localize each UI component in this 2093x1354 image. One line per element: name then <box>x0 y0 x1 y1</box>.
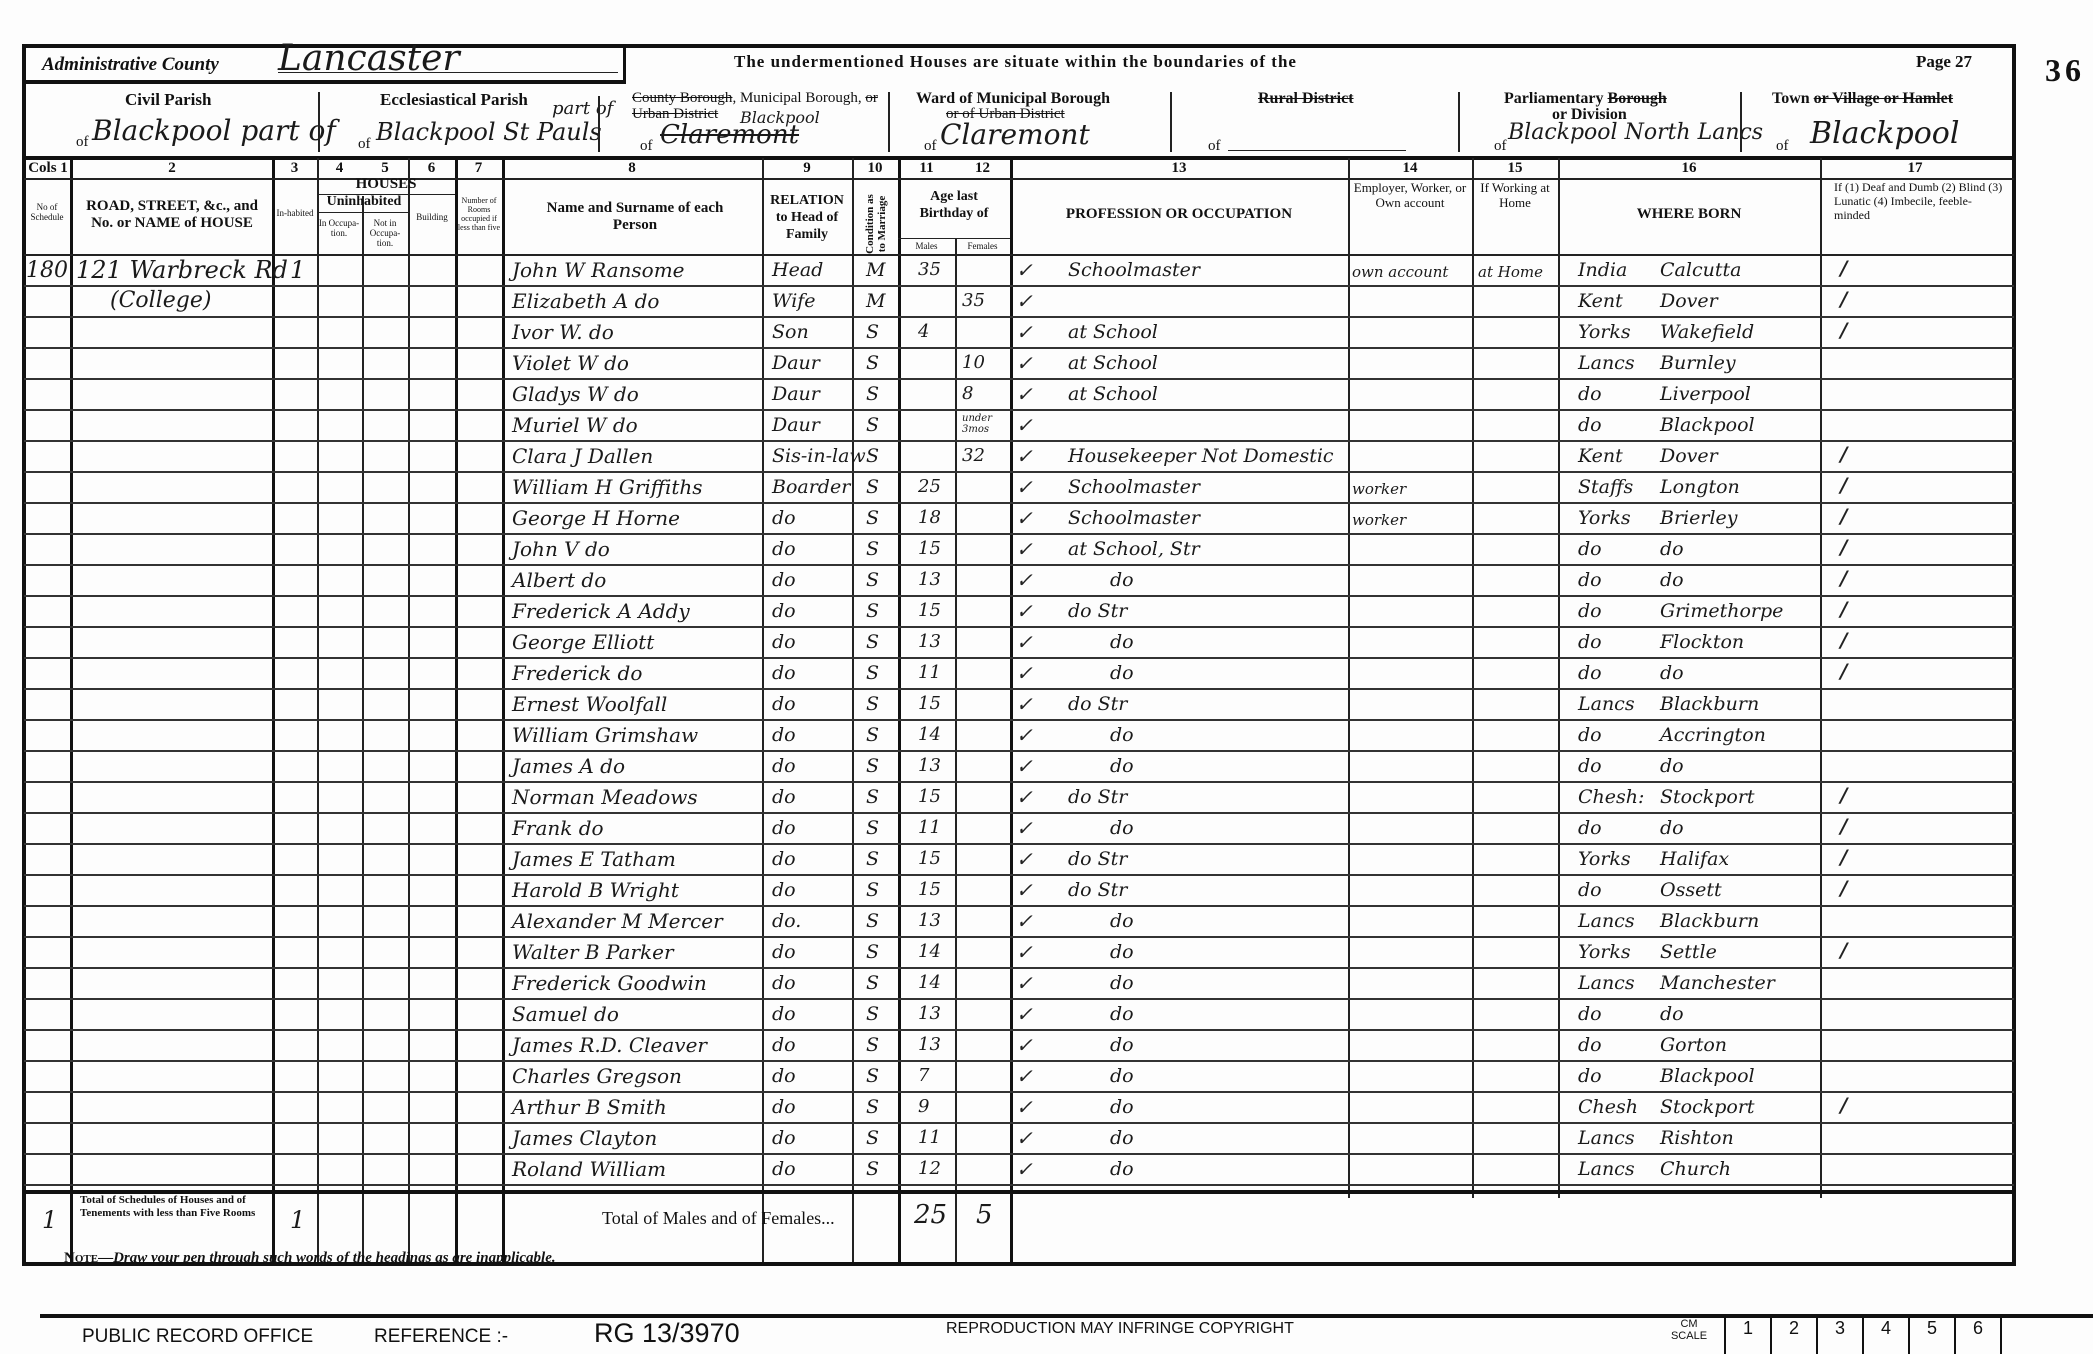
col-line <box>1558 158 1560 1198</box>
born-place: Halifax <box>1660 847 1729 871</box>
born-place: do <box>1660 1002 1684 1026</box>
employment-status: own account <box>1352 260 1448 284</box>
header-occupation: PROFESSION OR OCCUPATION <box>1012 206 1346 223</box>
col-number-6: 6 <box>408 160 455 177</box>
cm-scale-end <box>2000 1314 2042 1354</box>
header-where-born: WHERE BORN <box>1560 206 1818 223</box>
relation-to-head: do <box>772 1064 796 1088</box>
infirmity-mark: / <box>1840 845 1847 869</box>
note-prefix: Note— <box>64 1250 113 1266</box>
rural-district-of: of <box>1208 138 1221 155</box>
person-name: Harold B Wright <box>512 878 679 902</box>
header-houses: HOUSES <box>317 176 455 193</box>
row-rule <box>24 285 2014 287</box>
relation-to-head: do. <box>772 909 801 933</box>
born-place: do <box>1660 816 1684 840</box>
occupation: do <box>1110 940 1134 964</box>
occupation: do <box>1110 1095 1134 1119</box>
page-label-text: Page <box>1916 52 1951 71</box>
born-place: Brierley <box>1660 506 1738 530</box>
male-age: 12 <box>918 1157 941 1181</box>
col-number-4: 4 <box>317 160 362 177</box>
row-rule <box>24 998 2014 1000</box>
born-place: Dover <box>1660 289 1718 313</box>
schedule-inhabited: 1 <box>290 256 305 284</box>
born-county: do <box>1578 1064 1602 1088</box>
footer-reference-value: RG 13/3970 <box>594 1318 740 1349</box>
row-rule <box>24 967 2014 969</box>
marital-condition: S <box>866 1002 879 1026</box>
person-name: James Clayton <box>512 1126 657 1150</box>
marital-condition: S <box>866 971 879 995</box>
relation-to-head: do <box>772 785 796 809</box>
check-mark: ✓ <box>1016 971 1033 995</box>
born-county: Yorks <box>1578 847 1631 871</box>
female-age: 10 <box>962 351 1006 375</box>
marital-condition: M <box>866 289 885 313</box>
col-line <box>852 158 854 1262</box>
ecclesiastical-parish-value: Blackpool St Pauls <box>376 118 602 146</box>
marital-condition: S <box>866 568 879 592</box>
municipal-borough-value: Blackpool <box>740 108 820 127</box>
working-at-home: at Home <box>1478 260 1543 284</box>
born-county: Yorks <box>1578 940 1631 964</box>
relation-to-head: Sis-in-law <box>772 444 866 468</box>
occupation: at School <box>1068 320 1158 344</box>
row-rule <box>24 781 2014 783</box>
row-rule <box>24 409 2014 411</box>
col-number-1: Cols 1 <box>26 160 70 177</box>
header-rooms: Number of Rooms occupied if less than fi… <box>457 196 501 232</box>
male-age: 7 <box>918 1064 929 1088</box>
born-county: do <box>1578 878 1602 902</box>
col-line <box>317 158 319 1262</box>
born-county: Lancs <box>1578 692 1635 716</box>
born-place: Accrington <box>1660 723 1766 747</box>
person-name: Violet W do <box>512 351 629 375</box>
col-number-7: 7 <box>455 160 502 177</box>
check-mark: ✓ <box>1016 413 1033 437</box>
marital-condition: S <box>866 444 879 468</box>
infirmity-mark: / <box>1840 504 1847 528</box>
relation-to-head: do <box>772 1157 796 1181</box>
row-rule <box>24 626 2014 628</box>
male-age: 18 <box>918 506 941 530</box>
male-age: 11 <box>918 661 941 685</box>
folio-number: 36 <box>2045 52 2085 89</box>
born-place: Grimethorpe <box>1660 599 1783 623</box>
col-line <box>70 158 73 1262</box>
person-name: Arthur B Smith <box>512 1095 667 1119</box>
check-mark: ✓ <box>1016 258 1033 282</box>
col-number-9: 9 <box>762 160 852 177</box>
col-line <box>898 158 901 1262</box>
female-age: 8 <box>962 382 1006 406</box>
row-rule <box>24 533 2014 535</box>
county-borough-struck: County Borough <box>632 90 732 106</box>
marital-condition: S <box>866 630 879 654</box>
cm-scale-mark: 5 <box>1908 1314 1954 1354</box>
ward-of: of <box>924 138 937 155</box>
born-place: Rishton <box>1660 1126 1734 1150</box>
col-number-2: 2 <box>72 160 272 177</box>
born-county: Lancs <box>1578 1126 1635 1150</box>
col-line <box>762 158 764 1262</box>
occupation: do Str <box>1068 599 1127 623</box>
marital-condition: S <box>866 1064 879 1088</box>
employment-status: worker <box>1352 477 1406 501</box>
admin-county-box-right <box>623 46 626 84</box>
marital-condition: S <box>866 599 879 623</box>
total-inhabited: 1 <box>290 1206 305 1234</box>
employment-status: worker <box>1352 508 1406 532</box>
parliamentary-value: Blackpool North Lancs <box>1508 120 1763 145</box>
born-county: India <box>1578 258 1627 282</box>
footer-reference-label: REFERENCE :- <box>374 1326 508 1348</box>
infirmity-mark: / <box>1840 535 1847 559</box>
relation-to-head: Head <box>772 258 823 282</box>
male-age: 11 <box>918 816 941 840</box>
divider <box>318 92 320 152</box>
check-mark: ✓ <box>1016 940 1033 964</box>
col-number-12: 12 <box>955 160 1010 177</box>
marital-condition: S <box>866 1157 879 1181</box>
municipal-borough-of: of <box>640 138 653 155</box>
row-rule <box>24 564 2014 566</box>
civil-parish-of: of <box>76 134 89 151</box>
town-text: Town <box>1772 90 1810 107</box>
born-place: Blackpool <box>1660 413 1755 437</box>
parliamentary-text: Parliamentary <box>1504 90 1604 107</box>
marital-condition: S <box>866 351 879 375</box>
page-label: Page27 <box>1916 52 1972 72</box>
footer-scale-label: CM SCALE <box>1664 1318 1714 1342</box>
relation-to-head: Boarder <box>772 475 850 499</box>
occupation: do <box>1110 1157 1134 1181</box>
town-label: Town or Village or Hamlet <box>1772 90 1953 108</box>
born-place: do <box>1660 661 1684 685</box>
male-age: 35 <box>918 258 941 282</box>
col-number-3: 3 <box>272 160 317 177</box>
infirmity-mark: / <box>1840 287 1847 311</box>
born-county: do <box>1578 816 1602 840</box>
marital-condition: S <box>866 754 879 778</box>
male-age: 15 <box>918 847 941 871</box>
person-name: Gladys W do <box>512 382 639 406</box>
relation-to-head: do <box>772 971 796 995</box>
relation-to-head: do <box>772 1033 796 1057</box>
male-age: 14 <box>918 971 941 995</box>
row-rule <box>24 1122 2014 1124</box>
marital-condition: S <box>866 1095 879 1119</box>
totals-divider <box>24 1190 2014 1194</box>
born-place: Blackburn <box>1660 692 1759 716</box>
col-number-14: 14 <box>1348 160 1472 177</box>
marital-condition: S <box>866 785 879 809</box>
civil-parish-label: Civil Parish <box>125 90 211 110</box>
occupation: do Str <box>1068 785 1127 809</box>
col-line <box>455 158 458 1262</box>
born-county: do <box>1578 661 1602 685</box>
infirmity-mark: / <box>1840 783 1847 807</box>
marital-condition: S <box>866 878 879 902</box>
marital-condition: S <box>866 475 879 499</box>
col-number-16: 16 <box>1558 160 1820 177</box>
check-mark: ✓ <box>1016 320 1033 344</box>
row-rule <box>24 1184 2014 1186</box>
cm-scale-mark: 1 <box>1724 1314 1770 1354</box>
relation-to-head: do <box>772 940 796 964</box>
person-name: John W Ransome <box>512 258 685 282</box>
male-age: 13 <box>918 909 941 933</box>
born-place: Church <box>1660 1157 1731 1181</box>
relation-to-head: do <box>772 568 796 592</box>
header-relation: RELATION to Head of Family <box>764 192 850 243</box>
born-place: Settle <box>1660 940 1717 964</box>
header-inhabited: In-habited <box>274 208 316 218</box>
marital-condition: S <box>866 816 879 840</box>
born-place: Gorton <box>1660 1033 1727 1057</box>
person-name: Elizabeth A do <box>512 289 659 313</box>
check-mark: ✓ <box>1016 785 1033 809</box>
born-place: Blackburn <box>1660 909 1759 933</box>
header-bottom-divider <box>24 254 2014 256</box>
col-number-13: 13 <box>1010 160 1348 177</box>
occupation: Schoolmaster <box>1068 258 1200 282</box>
col-line <box>1820 158 1822 1198</box>
rural-district-underline <box>1228 150 1406 151</box>
marital-condition: S <box>866 723 879 747</box>
occupation: at School <box>1068 382 1158 406</box>
infirmity-mark: / <box>1840 256 1847 280</box>
relation-to-head: Daur <box>772 351 820 375</box>
born-county: Kent <box>1578 444 1623 468</box>
schedule-address: 121 Warbreck Rd <box>76 256 288 284</box>
ecclesiastical-parish-of: of <box>358 136 371 153</box>
note-text: Draw your pen through such words of the … <box>113 1250 556 1266</box>
person-name: James E Tatham <box>512 847 676 871</box>
occupation: do <box>1110 568 1134 592</box>
person-name: Ivor W. do <box>512 320 614 344</box>
village-hamlet-struck: or Village or Hamlet <box>1814 90 1953 107</box>
header-schedule-no: No of Schedule <box>24 202 70 222</box>
person-name: William H Griffiths <box>512 475 703 499</box>
marital-condition: S <box>866 661 879 685</box>
relation-to-head: do <box>772 661 796 685</box>
marital-condition: S <box>866 413 879 437</box>
check-mark: ✓ <box>1016 816 1033 840</box>
col-line <box>408 158 410 1262</box>
occupation: do <box>1110 661 1134 685</box>
ecclesiastical-parish-label: Ecclesiastical Parish <box>380 90 528 110</box>
occupation: do Str <box>1068 878 1127 902</box>
marital-condition: S <box>866 940 879 964</box>
cm-scale-mark: 3 <box>1816 1314 1862 1354</box>
infirmity-mark: / <box>1840 938 1847 962</box>
occupation: do <box>1110 1033 1134 1057</box>
relation-to-head: Wife <box>772 289 816 313</box>
check-mark: ✓ <box>1016 723 1033 747</box>
person-name: Clara J Dallen <box>512 444 653 468</box>
occupation: Housekeeper Not Domestic <box>1068 444 1334 468</box>
born-place: Stockport <box>1660 1095 1755 1119</box>
row-rule <box>24 1153 2014 1155</box>
male-age: 15 <box>918 692 941 716</box>
occupation: do <box>1110 1126 1134 1150</box>
check-mark: ✓ <box>1016 909 1033 933</box>
occupation: do Str <box>1068 692 1127 716</box>
header-age: Age last Birthday of <box>904 188 1004 222</box>
male-age: 14 <box>918 723 941 747</box>
born-county: do <box>1578 413 1602 437</box>
born-county: Yorks <box>1578 320 1631 344</box>
schedule-number: 180 <box>26 258 68 283</box>
born-place: do <box>1660 754 1684 778</box>
infirmity-mark: / <box>1840 442 1847 466</box>
female-age: 32 <box>962 444 1006 468</box>
born-place: Longton <box>1660 475 1740 499</box>
check-mark: ✓ <box>1016 475 1033 499</box>
row-rule <box>24 905 2014 907</box>
check-mark: ✓ <box>1016 1064 1033 1088</box>
check-mark: ✓ <box>1016 754 1033 778</box>
born-county: do <box>1578 1002 1602 1026</box>
town-of: of <box>1776 138 1789 155</box>
row-rule <box>24 1060 2014 1062</box>
born-county: Chesh <box>1578 1095 1638 1119</box>
person-name: Frederick A Addy <box>512 599 690 623</box>
header-not-in-occupation: Not in Occupa-tion. <box>363 218 407 248</box>
male-age: 25 <box>918 475 941 499</box>
age-divider <box>898 238 1010 239</box>
occupation: do <box>1110 971 1134 995</box>
born-place: Wakefield <box>1660 320 1754 344</box>
col-line <box>1348 158 1350 1198</box>
row-rule <box>24 688 2014 690</box>
born-county: Yorks <box>1578 506 1631 530</box>
male-age: 13 <box>918 1002 941 1026</box>
divider <box>1170 92 1172 152</box>
check-mark: ✓ <box>1016 289 1033 313</box>
parliamentary-borough-struck: Borough <box>1608 90 1667 107</box>
female-age: under 3mos <box>962 413 1006 435</box>
relation-to-head: do <box>772 723 796 747</box>
born-county: do <box>1578 754 1602 778</box>
check-mark: ✓ <box>1016 351 1033 375</box>
person-name: Charles Gregson <box>512 1064 682 1088</box>
check-mark: ✓ <box>1016 444 1033 468</box>
relation-to-head: do <box>772 599 796 623</box>
col-line <box>1472 158 1474 1198</box>
marital-condition: S <box>866 847 879 871</box>
person-name: Samuel do <box>512 1002 619 1026</box>
occupation: do <box>1110 723 1134 747</box>
row-rule <box>24 471 2014 473</box>
relation-to-head: do <box>772 816 796 840</box>
footer-office: PUBLIC RECORD OFFICE <box>82 1326 313 1348</box>
born-place: Manchester <box>1660 971 1775 995</box>
male-age: 11 <box>918 1126 941 1150</box>
check-mark: ✓ <box>1016 506 1033 530</box>
male-age: 15 <box>918 599 941 623</box>
header-females: Females <box>955 240 1010 252</box>
infirmity-mark: / <box>1840 566 1847 590</box>
born-county: do <box>1578 1033 1602 1057</box>
header-road-street: ROAD, STREET, &c., and No. or NAME of HO… <box>74 198 270 232</box>
admin-county-label: Administrative County <box>42 54 219 76</box>
total-schedules-count: 1 <box>42 1206 57 1234</box>
relation-to-head: Daur <box>772 382 820 406</box>
row-rule <box>24 347 2014 349</box>
relation-to-head: do <box>772 692 796 716</box>
check-mark: ✓ <box>1016 1157 1033 1181</box>
occupation: do <box>1110 754 1134 778</box>
born-county: Lancs <box>1578 909 1635 933</box>
person-name: Roland William <box>512 1157 666 1181</box>
row-rule <box>24 502 2014 504</box>
born-county: Lancs <box>1578 1157 1635 1181</box>
person-name: James R.D. Cleaver <box>512 1033 707 1057</box>
check-mark: ✓ <box>1016 692 1033 716</box>
marital-condition: S <box>866 909 879 933</box>
divider <box>598 96 600 152</box>
born-county: do <box>1578 599 1602 623</box>
relation-to-head: do <box>772 754 796 778</box>
infirmity-mark: / <box>1840 659 1847 683</box>
header-uninhabited: Uninhabited <box>320 194 408 210</box>
male-age: 13 <box>918 568 941 592</box>
total-schedules-label: Total of Schedules of Houses and of Tene… <box>80 1194 264 1220</box>
relation-to-head: do <box>772 878 796 902</box>
check-mark: ✓ <box>1016 661 1033 685</box>
marital-condition: M <box>866 258 885 282</box>
marital-condition: S <box>866 1126 879 1150</box>
relation-to-head: do <box>772 506 796 530</box>
col-line <box>1010 158 1013 1262</box>
row-rule <box>24 316 2014 318</box>
col-number-11: 11 <box>898 160 955 177</box>
infirmity-mark: / <box>1840 814 1847 838</box>
born-place: Flockton <box>1660 630 1744 654</box>
born-place: Liverpool <box>1660 382 1751 406</box>
parliamentary-of: of <box>1494 138 1507 155</box>
schedule-house-name: (College) <box>110 288 211 313</box>
footer-copyright: REPRODUCTION MAY INFRINGE COPYRIGHT <box>946 1320 1294 1338</box>
ecclesiastical-parish-annotation: part of <box>552 98 613 119</box>
born-county: Lancs <box>1578 351 1635 375</box>
col-number-15: 15 <box>1472 160 1558 177</box>
relation-to-head: do <box>772 630 796 654</box>
occupation: do Str <box>1068 847 1127 871</box>
born-county: Chesh: <box>1578 785 1644 809</box>
civil-parish-value: Blackpool part of <box>92 114 336 147</box>
born-county: do <box>1578 568 1602 592</box>
admin-county-underline <box>278 72 618 73</box>
person-name: Muriel W do <box>512 413 638 437</box>
row-rule <box>24 843 2014 845</box>
male-age: 14 <box>918 940 941 964</box>
row-rule <box>24 1091 2014 1093</box>
born-county: do <box>1578 537 1602 561</box>
born-county: Kent <box>1578 289 1623 313</box>
col-line <box>502 158 505 1262</box>
person-name: Albert do <box>512 568 606 592</box>
person-name: Frederick do <box>512 661 642 685</box>
relation-to-head: do <box>772 537 796 561</box>
person-name: John V do <box>512 537 610 561</box>
col-line <box>362 196 364 1262</box>
male-age: 15 <box>918 785 941 809</box>
